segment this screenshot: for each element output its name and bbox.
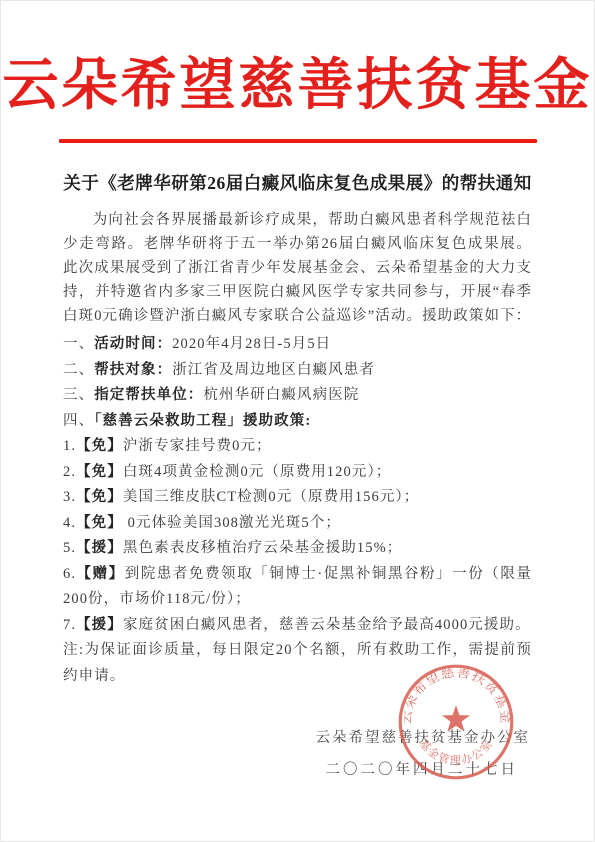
policy-number: 4. xyxy=(63,515,76,531)
section-item-2: 二、帮扶对象：浙江省及周边地区白癜风患者 xyxy=(63,358,532,384)
policy-number: 6. xyxy=(63,566,76,582)
section-label: 帮扶对象： xyxy=(94,362,172,378)
document-body: 为向社会各界展播最新诊疗成果，帮助白癜风患者科学规范祛白少走弯路。老牌华研将于五… xyxy=(0,208,595,783)
policy-item-5: 5.【援】黑色素表皮移植治疗云朵基金援助15%； xyxy=(63,536,532,562)
section-text: 浙江省及周边地区白癜风患者 xyxy=(172,362,375,378)
section-prefix: 二、 xyxy=(63,362,94,378)
policy-text: 到院患者免费领取「铜博士·促黑补铜黑谷粉」一份（限量200份，市场价118元/份… xyxy=(63,566,532,608)
policy-text: 0元体验美国308激光光斑5个； xyxy=(123,515,341,531)
policy-item-3: 3.【免】美国三维皮肤CT检测0元（原费用156元）； xyxy=(63,485,532,511)
policy-item-4: 4.【免】 0元体验美国308激光光斑5个； xyxy=(63,511,532,537)
policy-text: 美国三维皮肤CT检测0元（原费用156元）； xyxy=(123,489,419,505)
section-text: 2020年4月28日-5月5日 xyxy=(172,336,331,352)
policy-number: 7. xyxy=(63,617,76,633)
note-line: 注:为保证面诊质量，每日限定20个名额，所有救助工作，需提前预约申请。 xyxy=(63,638,532,689)
policy-item-6: 6.【赠】到院患者免费领取「铜博士·促黑补铜黑谷粉」一份（限量200份，市场价1… xyxy=(63,562,532,613)
section-label: 「慈善云朵救助工程」援助政策: xyxy=(94,413,311,429)
title-divider-rule xyxy=(59,139,537,143)
section-prefix: 一、 xyxy=(63,336,94,352)
policy-item-7: 7.【援】家庭贫困白癜风患者，慈善云朵基金给予最高4000元援助。 xyxy=(63,613,532,639)
section-item-1: 一、活动时间：2020年4月28日-5月5日 xyxy=(63,332,532,358)
policy-item-1: 1.【免】沪浙专家挂号费0元； xyxy=(63,434,532,460)
policy-tag: 【援】 xyxy=(76,540,123,556)
policy-number: 3. xyxy=(63,489,76,505)
policy-tag: 【免】 xyxy=(76,489,123,505)
section-label: 指定帮扶单位： xyxy=(94,387,203,403)
policy-text: 沪浙专家挂号费0元； xyxy=(123,438,272,454)
section-item-4: 四、「慈善云朵救助工程」援助政策: xyxy=(63,409,532,435)
signature-block: 云朵希望慈善扶贫基金办公室 二〇二〇年四月二十七日 xyxy=(63,725,532,783)
fund-title: 云朵希望慈善扶贫基金 xyxy=(0,46,595,127)
policy-number: 2. xyxy=(63,464,76,480)
section-text: 杭州华研白癜风病医院 xyxy=(203,387,359,403)
policy-tag: 【免】 xyxy=(76,438,123,454)
section-prefix: 四、 xyxy=(63,413,94,429)
policy-tag: 【免】 xyxy=(76,515,123,531)
policy-number: 1. xyxy=(63,438,76,454)
signature-date: 二〇二〇年四月二十七日 xyxy=(63,757,518,783)
section-prefix: 三、 xyxy=(63,387,94,403)
policy-item-2: 2.【免】白斑4项黄金检测0元（原费用120元）； xyxy=(63,460,532,486)
policy-number: 5. xyxy=(63,540,76,556)
signature-office: 云朵希望慈善扶贫基金办公室 xyxy=(63,725,530,751)
intro-paragraph: 为向社会各界展播最新诊疗成果，帮助白癜风患者科学规范祛白少走弯路。老牌华研将于五… xyxy=(63,208,532,328)
policy-tag: 【赠】 xyxy=(76,566,125,582)
document-page: 云朵希望慈善扶贫基金 关于《老牌华研第26届白癜风临床复色成果展》的帮扶通知 为… xyxy=(0,0,595,842)
policy-tag: 【免】 xyxy=(76,464,123,480)
section-label: 活动时间： xyxy=(94,336,172,352)
policy-tag: 【援】 xyxy=(76,617,123,633)
policy-text: 家庭贫困白癜风患者，慈善云朵基金给予最高4000元援助。 xyxy=(123,617,531,633)
policy-text: 黑色素表皮移植治疗云朵基金援助15%； xyxy=(123,540,402,556)
notice-heading: 关于《老牌华研第26届白癜风临床复色成果展》的帮扶通知 xyxy=(40,173,555,194)
policy-text: 白斑4项黄金检测0元（原费用120元）； xyxy=(123,464,392,480)
section-item-3: 三、指定帮扶单位：杭州华研白癜风病医院 xyxy=(63,383,532,409)
